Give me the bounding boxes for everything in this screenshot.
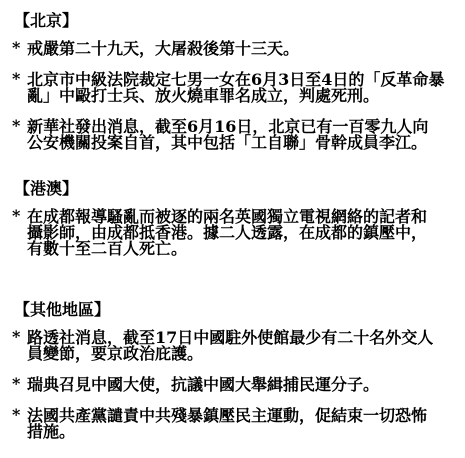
bullet-item: * 北京市中級法院裁定七男一女在6月3日至4日的「反革命暴 亂」中毆打士兵、放火… bbox=[6, 72, 459, 104]
bullet-item: * 路透社消息，截至17日中國駐外使館最少有二十名外交人 員變節，要京政治庇護。 bbox=[6, 330, 459, 362]
bullet-item: * 瑞典召見中國大使，抗議中國大舉緝捕民運分子。 bbox=[6, 377, 459, 393]
section-heading: 【其他地區】 bbox=[6, 301, 459, 318]
section-hongkong-macau: 【港澳】 * 在成都報導騷亂而被逐的兩名英國獨立電視網絡的記者和 攝影師，由成都… bbox=[6, 180, 459, 257]
bullet-marker: * bbox=[12, 329, 20, 345]
section-other-regions: 【其他地區】 * 路透社消息，截至17日中國駐外使館最少有二十名外交人 員變節，… bbox=[6, 301, 459, 440]
bullet-marker: * bbox=[12, 40, 20, 56]
section-beijing: 【北京】 * 戒嚴第二十九天，大屠殺後第十三天。 * 北京市中級法院裁定七男一女… bbox=[6, 12, 459, 151]
bullet-marker: * bbox=[12, 407, 20, 423]
bullet-line: 有數十至二百人死亡。 bbox=[27, 241, 459, 257]
section-heading: 【北京】 bbox=[6, 12, 459, 29]
bullet-item: * 新華社發出消息，截至6月16日，北京已有一百零九人向 公安機關投案自首，其中… bbox=[6, 119, 459, 151]
bullet-item: * 法國共產黨譴責中共殘暴鎮壓民主運動，促結束一切恐怖 措施。 bbox=[6, 408, 459, 440]
news-digest-document: 【北京】 * 戒嚴第二十九天，大屠殺後第十三天。 * 北京市中級法院裁定七男一女… bbox=[0, 0, 465, 458]
bullet-item: * 在成都報導騷亂而被逐的兩名英國獨立電視網絡的記者和 攝影師，由成都抵香港。據… bbox=[6, 209, 459, 257]
bullet-marker: * bbox=[12, 71, 20, 87]
bullet-line: 公安機關投案自首，其中包括「工自聯」骨幹成員李江。 bbox=[27, 135, 459, 151]
bullet-item: * 戒嚴第二十九天，大屠殺後第十三天。 bbox=[6, 41, 459, 57]
bullet-line: 戒嚴第二十九天，大屠殺後第十三天。 bbox=[27, 41, 459, 57]
bullet-line: 亂」中毆打士兵、放火燒車罪名成立，判處死刑。 bbox=[27, 88, 459, 104]
bullet-line: 瑞典召見中國大使，抗議中國大舉緝捕民運分子。 bbox=[27, 377, 459, 393]
bullet-line: 措施。 bbox=[27, 424, 459, 440]
bullet-marker: * bbox=[12, 118, 20, 134]
section-heading: 【港澳】 bbox=[6, 180, 459, 197]
bullet-marker: * bbox=[12, 376, 20, 392]
bullet-line: 員變節，要京政治庇護。 bbox=[27, 346, 459, 362]
bullet-marker: * bbox=[12, 208, 20, 224]
bullet-line: 法國共產黨譴責中共殘暴鎮壓民主運動，促結束一切恐怖 bbox=[27, 408, 459, 424]
